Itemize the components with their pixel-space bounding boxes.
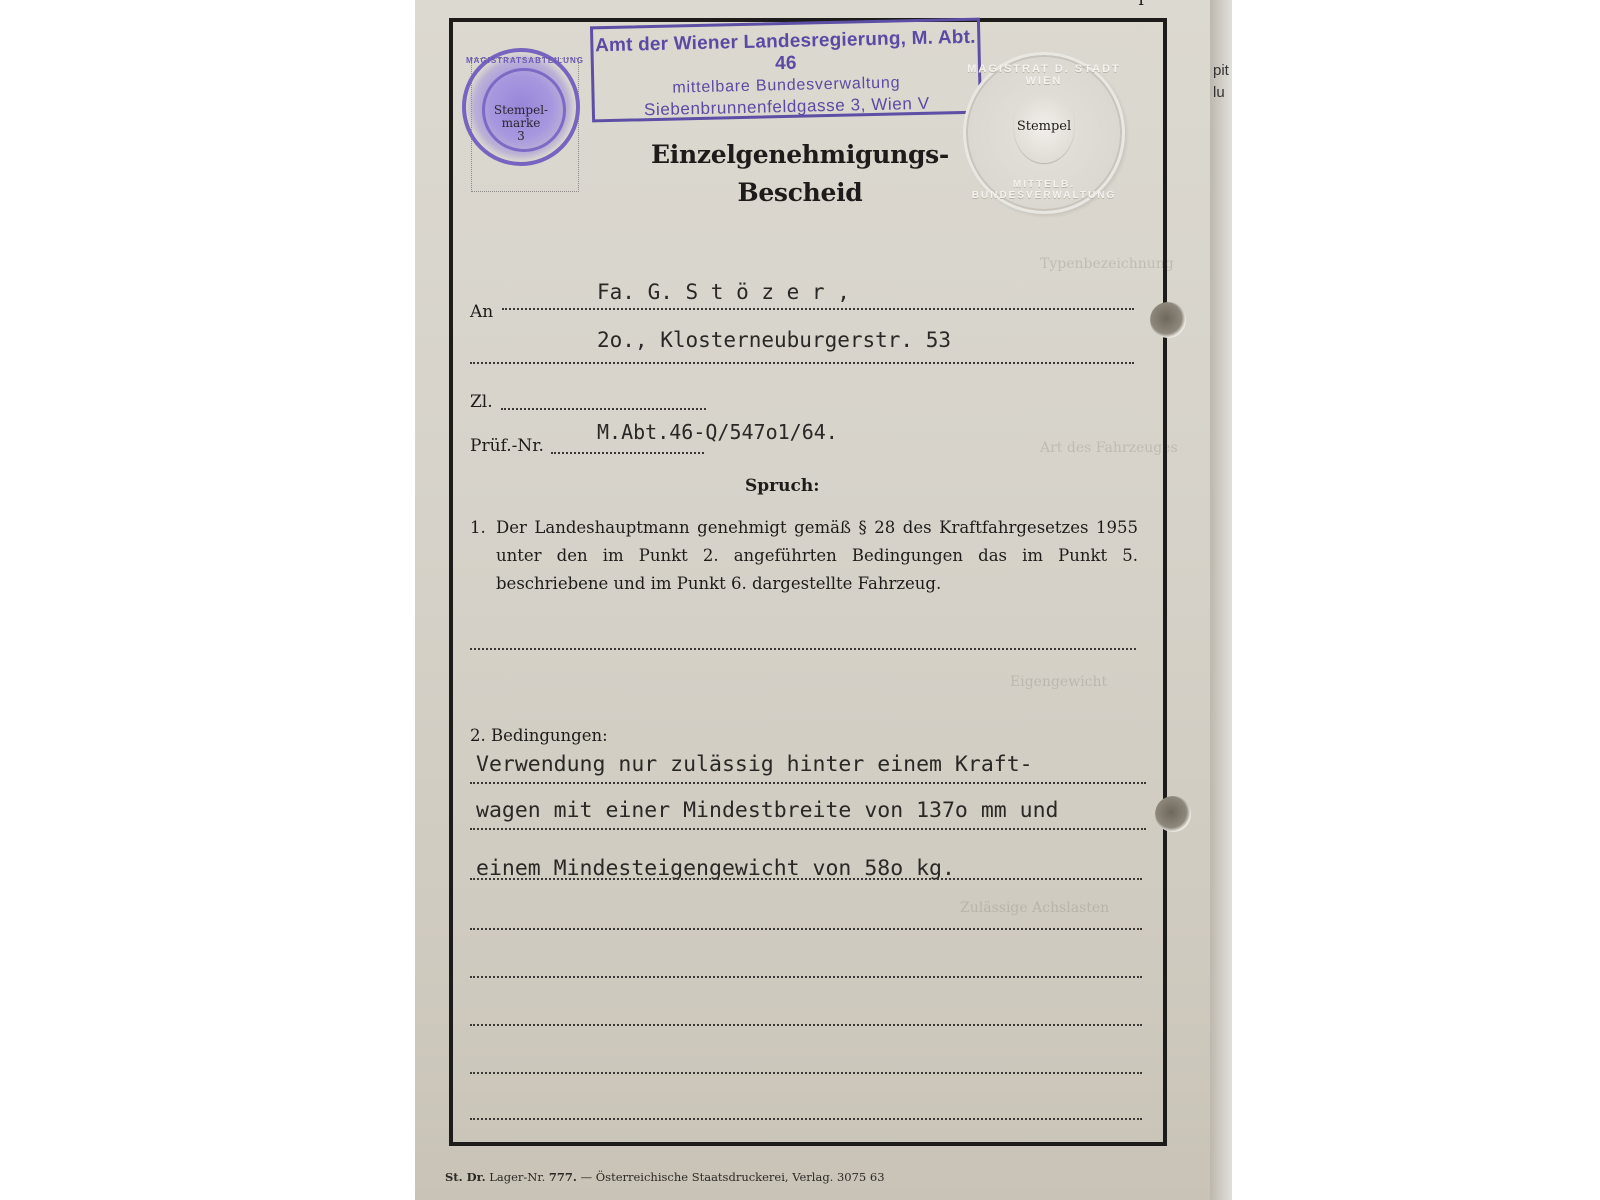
zl-rule xyxy=(501,408,706,410)
stamp-mark-label: Stempel- marke 3 xyxy=(466,104,576,143)
embossed-seal: MAGISTRAT D. STADT WIEN Stempel MITTELB.… xyxy=(963,52,1125,214)
stamp-mark-label-line2: marke xyxy=(502,116,541,130)
underlying-page-text: pitlu xyxy=(1213,60,1229,104)
title-line2: Bescheid xyxy=(630,174,970,212)
punch-hole xyxy=(1150,302,1186,338)
footer-prefix: St. Dr. xyxy=(445,1170,486,1184)
pruef-rule xyxy=(551,452,704,454)
an-label: An xyxy=(470,302,493,322)
point1-paragraph: 1. Der Landeshauptmann genehmigt gemäß §… xyxy=(470,514,1138,598)
empty-rule xyxy=(470,1072,1142,1074)
empty-rule xyxy=(470,976,1142,978)
point1-text: Der Landeshauptmann genehmigt gemäß § 28… xyxy=(496,514,1138,598)
an-line1-rule xyxy=(502,308,1134,310)
footer-number: 777. xyxy=(549,1170,577,1184)
stamp-ring-text: MAGISTRATSABTEILUNG xyxy=(466,56,576,65)
office-stamp: Amt der Wiener Landesregierung, M. Abt. … xyxy=(590,18,982,123)
footer-rest: — Österreichische Staatsdruckerei, Verla… xyxy=(581,1170,885,1184)
recipient-name: Fa. G. S t ö z e r , xyxy=(597,280,850,304)
empty-rule xyxy=(470,1024,1142,1026)
condition-rule-1 xyxy=(470,782,1146,784)
an-line2-rule xyxy=(470,362,1134,364)
recipient-address: 2o., Klosterneuburgerstr. 53 xyxy=(597,328,951,352)
zl-label: Zl. xyxy=(470,392,493,412)
underlying-page-edge xyxy=(1210,0,1232,1200)
seal-ring-text-bottom: MITTELB. BUNDESVERWALTUNG xyxy=(966,179,1122,201)
condition-rule-3 xyxy=(470,878,1142,880)
footer-lager: Lager-Nr. xyxy=(489,1170,545,1184)
title-line1: Einzelgenehmigungs- xyxy=(630,136,970,174)
spruch-heading: Spruch: xyxy=(745,476,819,496)
printer-footer: St. Dr. Lager-Nr. 777. — Österreichische… xyxy=(445,1170,885,1184)
document-title: Einzelgenehmigungs- Bescheid xyxy=(630,136,970,212)
magistrate-stamp: MAGISTRATSABTEILUNG Stempel- marke 3 xyxy=(462,48,580,166)
pruef-number: M.Abt.46-Q/547o1/64. xyxy=(597,420,838,444)
page-marker: I xyxy=(1138,0,1144,9)
seal-label: Stempel xyxy=(966,119,1122,134)
seal-ring-text-top: MAGISTRAT D. STADT WIEN xyxy=(966,63,1122,87)
condition-line-2: wagen mit einer Mindestbreite von 137o m… xyxy=(476,798,1058,823)
condition-rule-2 xyxy=(470,828,1146,830)
stamp-mark-number: 3 xyxy=(517,129,525,143)
conditions-label: 2. Bedingungen: xyxy=(470,726,608,745)
empty-rule xyxy=(470,928,1142,930)
point1-rule xyxy=(470,648,1136,650)
stamp-mark-label-line1: Stempel- xyxy=(494,103,548,117)
office-stamp-line1: Amt der Wiener Landesregierung, M. Abt. … xyxy=(593,27,978,80)
empty-rule xyxy=(470,1118,1142,1120)
pruef-label: Prüf.-Nr. xyxy=(470,436,544,456)
condition-line-1: Verwendung nur zulässig hinter einem Kra… xyxy=(476,752,1033,777)
punch-hole xyxy=(1155,796,1191,832)
point1-number: 1. xyxy=(470,514,486,542)
